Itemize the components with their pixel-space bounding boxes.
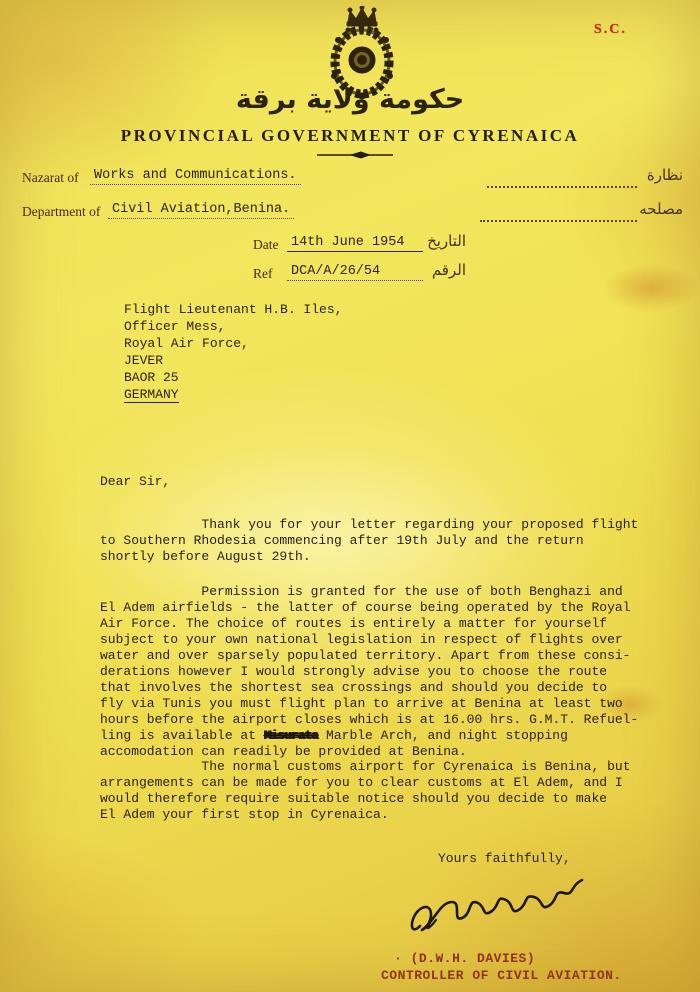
paragraph-2-text: Permission is granted for the use of bot… xyxy=(100,584,638,743)
recipient-line: Flight Lieutenant H.B. Iles, xyxy=(124,301,342,318)
signatory-name: · (D.W.H. DAVIES) xyxy=(394,951,535,966)
letter-paragraph-2: Permission is granted for the use of bot… xyxy=(100,584,675,760)
department-label: Department of xyxy=(22,204,100,220)
letter-paragraph-3: The normal customs airport for Cyrenaica… xyxy=(100,759,675,823)
nazarat-label: Nazarat of xyxy=(22,170,79,186)
closing-phrase: Yours faithfully, xyxy=(438,851,571,866)
salutation: Dear Sir, xyxy=(100,474,170,490)
ref-label: Ref xyxy=(253,266,273,282)
ref-value: DCA/A/26/54 xyxy=(287,264,423,281)
recipient-country: GERMANY xyxy=(124,386,342,403)
nazarat-value: Works and Communications. xyxy=(90,168,301,185)
arabic-letterhead: حكومة ولاية برقة xyxy=(0,84,700,115)
struck-out-word: Misurata xyxy=(264,728,318,743)
nazarat-dotted-line xyxy=(487,172,637,188)
recipient-line: Officer Mess, xyxy=(124,318,342,335)
department-dotted-line xyxy=(480,206,637,222)
department-arabic-label: مصلحه xyxy=(639,200,683,218)
handwritten-signature xyxy=(406,868,596,946)
title-divider-arrow-icon xyxy=(315,148,395,160)
department-value: Civil Aviation,Benina. xyxy=(108,202,294,219)
letter-paragraph-1: Thank you for your letter regarding your… xyxy=(100,517,675,565)
date-arabic-label: التاريخ xyxy=(420,232,466,250)
date-label: Date xyxy=(253,237,278,253)
signatory-title: CONTROLLER OF CIVIL AVIATION. xyxy=(381,968,622,983)
recipient-line: Royal Air Force, xyxy=(124,335,342,352)
ref-arabic-label: الرقم xyxy=(422,261,466,279)
recipient-address: Flight Lieutenant H.B. Iles, Officer Mes… xyxy=(124,301,342,403)
page-title: PROVINCIAL GOVERNMENT OF CYRENAICA xyxy=(0,126,700,146)
recipient-line: JEVER xyxy=(124,352,342,369)
date-value: 14th June 1954 xyxy=(287,235,423,252)
classification-mark: S.C. xyxy=(594,22,627,38)
nazarat-arabic-label: نظارة xyxy=(641,166,683,184)
recipient-line: BAOR 25 xyxy=(124,369,342,386)
